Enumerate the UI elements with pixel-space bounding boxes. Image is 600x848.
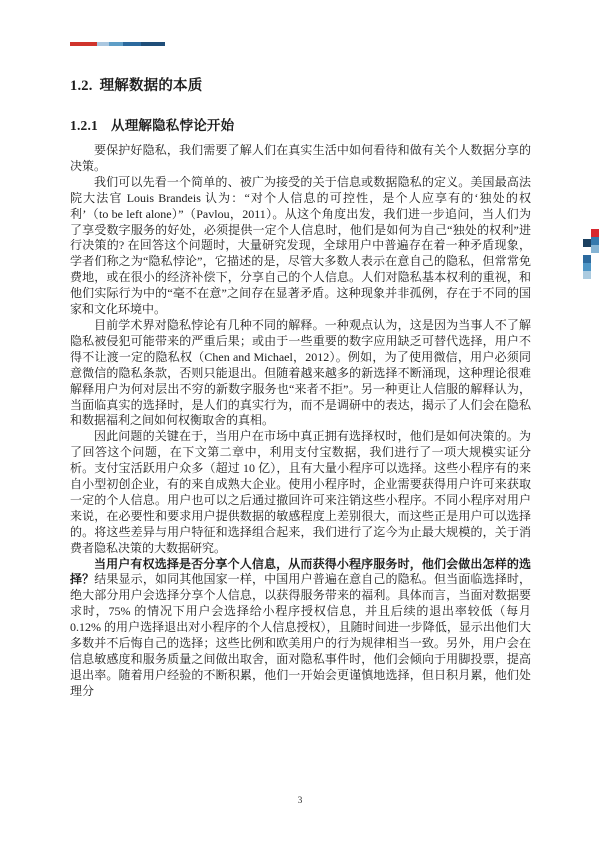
page-number: 3 — [0, 796, 600, 806]
section-number: 1.2. — [70, 78, 93, 94]
paragraph-emphasis: 当用户有权选择是否分享个人信息，从而获得小程序服务时，他们会做出怎样的选择？结果… — [70, 557, 531, 700]
color-bar-segment-darkblue — [123, 42, 141, 46]
color-bar-segment-medblue — [109, 42, 123, 46]
paragraph: 我们可以先看一个简单的、被广为接受的关于信息或数据隐私的定义。美国最高法院大法官… — [70, 175, 531, 318]
section-heading: 1.2.理解数据的本质 — [70, 74, 202, 95]
deco-square-lightblue — [591, 245, 599, 253]
color-bar-segment-navy — [141, 42, 165, 46]
color-bar-segment-red — [70, 42, 97, 46]
deco-square-red — [591, 229, 599, 237]
deco-square-light2 — [583, 271, 591, 279]
subsection-heading: 1.2.1从理解隐私悖论开始 — [70, 114, 234, 134]
deco-square-navy — [583, 239, 591, 247]
paragraph-rest: 结果显示，如同其他国家一样，中国用户普遍在意自己的隐私。但当面临选择时，绝大部分… — [70, 572, 531, 697]
subsection-number: 1.2.1 — [70, 118, 98, 133]
body-text: 要保护好隐私，我们需要了解人们在真实生活中如何看待和做有关个人数据分享的决策。 … — [70, 143, 531, 700]
subsection-title: 从理解隐私悖论开始 — [111, 118, 234, 133]
deco-square-medblue — [591, 237, 599, 245]
color-bar-segment-lightblue — [97, 42, 109, 46]
paragraph: 要保护好隐私，我们需要了解人们在真实生活中如何看待和做有关个人数据分享的决策。 — [70, 143, 531, 175]
paragraph: 目前学术界对隐私悖论有几种不同的解释。一种观点认为，这是因为当事人不了解隐私被侵… — [70, 318, 531, 429]
paragraph: 因此问题的关键在于，当用户在市场中真正拥有选择权时，他们是如何决策的。为了回答这… — [70, 429, 531, 556]
deco-square-dark2 — [583, 255, 591, 263]
section-title: 理解数据的本质 — [100, 78, 203, 94]
deco-square-med2 — [583, 263, 591, 271]
document-page: 1.2.理解数据的本质 1.2.1从理解隐私悖论开始 要保护好隐私，我们需要了解… — [0, 0, 600, 848]
header-color-bar — [70, 42, 165, 46]
